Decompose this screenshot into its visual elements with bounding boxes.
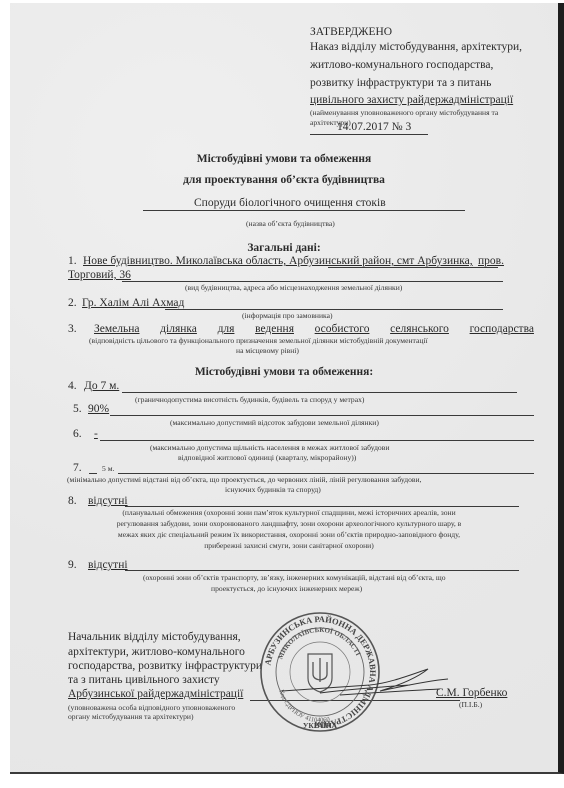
item-8-caption-1: (планувальні обмеження (охоронні зони па… [50, 508, 528, 518]
approval-caption-1: (найменування уповноваженого органу міст… [310, 108, 498, 118]
signatory-line-4: та з питань цивільного захисту [68, 673, 220, 687]
item-5-number: 5. [73, 402, 82, 416]
item-8-caption-2: регулювання забудови, зони охоронюваного… [50, 519, 528, 529]
item-3-word: ведення [255, 322, 294, 336]
document-page: ЗАТВЕРДЖЕНО Наказ відділу містобудування… [10, 3, 564, 774]
approval-line-2: житлово-комунального господарства, [310, 58, 493, 72]
item-6-text: - [94, 427, 98, 441]
signatory-caption-2: органу містобудування та архітектури) [68, 712, 194, 722]
order-date-number: 14.07.2017 № 3 [337, 120, 411, 134]
approval-heading: ЗАТВЕРДЖЕНО [310, 25, 392, 39]
item-3-number: 3. [68, 322, 77, 336]
item-6-caption-1: (максимально допустима щільність населен… [150, 443, 389, 453]
item-1-caption: (вид будівництва, адреса або місцезнаход… [185, 283, 402, 293]
signatory-line-1: Начальник відділу містобудування, [68, 630, 241, 644]
item-2-number: 2. [68, 296, 77, 310]
item-2-text: Гр. Халім Алі Ахмад [82, 296, 184, 310]
object-name: Споруди біологічного очищення стоків [194, 196, 386, 210]
item-5-caption: (максимально допустимий відсоток забудов… [170, 418, 379, 428]
approval-line-1: Наказ відділу містобудування, архітектур… [310, 40, 522, 54]
signatory-line-2: архітектури, житлово-комунального [68, 645, 245, 659]
item-6-caption-2: відповідної житлової одиниці (кварталу, … [178, 453, 356, 463]
signature [280, 663, 450, 703]
item-3-word: особистого [315, 322, 370, 336]
item-6-number: 6. [73, 427, 82, 441]
conditions-heading: Містобудівні умови та обмеження: [10, 365, 558, 379]
item-7-caption-2: існуючих будинків та споруд) [225, 485, 321, 495]
item-3-word: Земельна [94, 322, 140, 336]
item-3-text: Земельна ділянка для ведення особистого … [94, 322, 534, 336]
approval-line-3: розвитку інфраструктури та з питань [310, 76, 491, 90]
item-2-caption: (інформація про замовника) [242, 311, 333, 321]
item-3-word: господарства [470, 322, 534, 336]
item-1-text-line2: Торговий, 36 [68, 268, 131, 282]
svg-text:УКРАЇНА: УКРАЇНА [303, 721, 338, 730]
item-3-caption-1: (відповідність цільового та функціональн… [89, 336, 428, 346]
item-1-number: 1. [68, 254, 77, 268]
signatory-name-caption: (П.І.Б.) [459, 700, 482, 710]
item-8-caption-3: межах яких діє спеціальний режим їх вико… [50, 530, 528, 540]
item-9-caption-1: (охоронні зони об’єктів транспорту, зв’я… [143, 573, 446, 583]
item-5-text: 90% [88, 402, 109, 416]
signatory-org: Арбузинської райдержадміністрації [68, 687, 243, 701]
item-4-text: До 7 м. [84, 379, 119, 393]
item-3-word: для [218, 322, 235, 336]
item-3-caption-2: на місцевому рівні) [236, 346, 299, 356]
item-3-word: ділянка [160, 322, 197, 336]
general-heading: Загальні дані: [10, 241, 558, 255]
document-subtitle: для проектування об’єкта будівництва [10, 173, 558, 187]
item-3-word: селянського [390, 322, 449, 336]
item-9-caption-2: проектується, до існуючих інженерних мер… [211, 584, 362, 594]
item-7-text: 5 м. [102, 464, 114, 474]
item-1-text-end: пров. [478, 254, 504, 268]
item-4-caption: (граничнодопустима висотність будинків, … [135, 395, 364, 405]
item-4-number: 4. [68, 379, 77, 393]
item-8-number: 8. [68, 494, 77, 508]
item-9-text: відсутні [88, 558, 128, 572]
item-8-caption-4: прибережні захисні смуги, зони санітарно… [50, 541, 528, 551]
item-1-text: Нове будівництво. Миколаївська область, … [83, 254, 473, 268]
approval-line-4: цивільного захисту райдержадміністрації [310, 93, 513, 107]
item-7-number: 7. [73, 461, 82, 475]
item-8-text: відсутні [88, 494, 128, 508]
object-caption: (назва об’єкта будівництва) [246, 219, 335, 229]
signatory-line-3: господарства, розвитку інфраструктури [68, 659, 262, 673]
document-title: Містобудівні умови та обмеження [10, 152, 558, 166]
item-9-number: 9. [68, 558, 77, 572]
item-7-caption-1: (мінімально допустимі відстані від об’єк… [67, 475, 421, 485]
